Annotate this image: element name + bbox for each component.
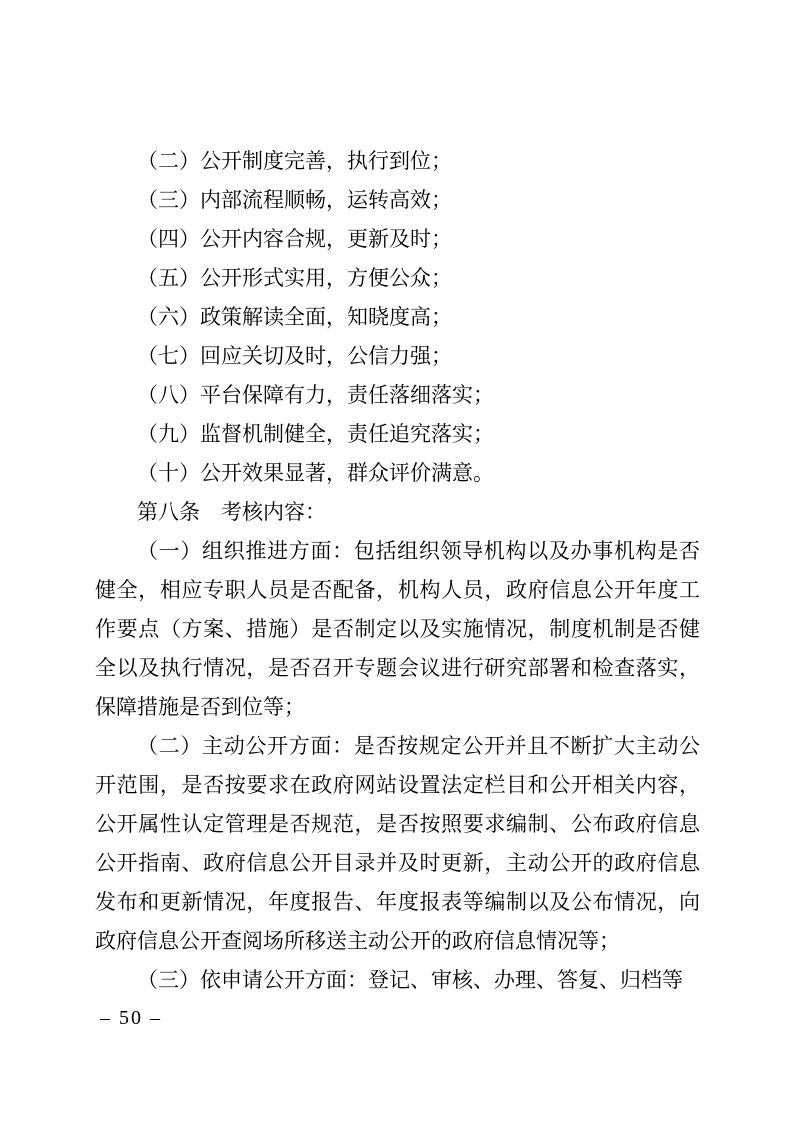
clause-item-4: （四）公开内容合规，更新及时； — [95, 220, 700, 259]
clause-item-10: （十）公开效果显著，群众评价满意。 — [95, 454, 700, 493]
document-page: （二）公开制度完善，执行到位； （三）内部流程顺畅，运转高效； （四）公开内容合… — [0, 0, 793, 1122]
clause-item-3: （三）内部流程顺畅，运转高效； — [95, 181, 700, 220]
clause-item-6: （六）政策解读全面，知晓度高； — [95, 298, 700, 337]
page-number: – 50 – — [100, 1003, 162, 1033]
assessment-item-2: （二）主动公开方面：是否按规定公开并且不断扩大主动公开范围，是否按要求在政府网站… — [95, 727, 700, 961]
clause-item-2: （二）公开制度完善，执行到位； — [95, 142, 700, 181]
assessment-item-3: （三）依申请公开方面：登记、审核、办理、答复、归档等 — [95, 961, 700, 1000]
article-heading: 第八条 考核内容： — [95, 493, 700, 532]
clause-item-5: （五）公开形式实用，方便公众； — [95, 259, 700, 298]
clause-item-9: （九）监督机制健全，责任追究落实； — [95, 415, 700, 454]
clause-item-8: （八）平台保障有力，责任落细落实； — [95, 376, 700, 415]
assessment-item-1: （一）组织推进方面：包括组织领导机构以及办事机构是否健全，相应专职人员是否配备，… — [95, 532, 700, 727]
clause-item-7: （七）回应关切及时，公信力强； — [95, 337, 700, 376]
document-body: （二）公开制度完善，执行到位； （三）内部流程顺畅，运转高效； （四）公开内容合… — [95, 142, 700, 1000]
